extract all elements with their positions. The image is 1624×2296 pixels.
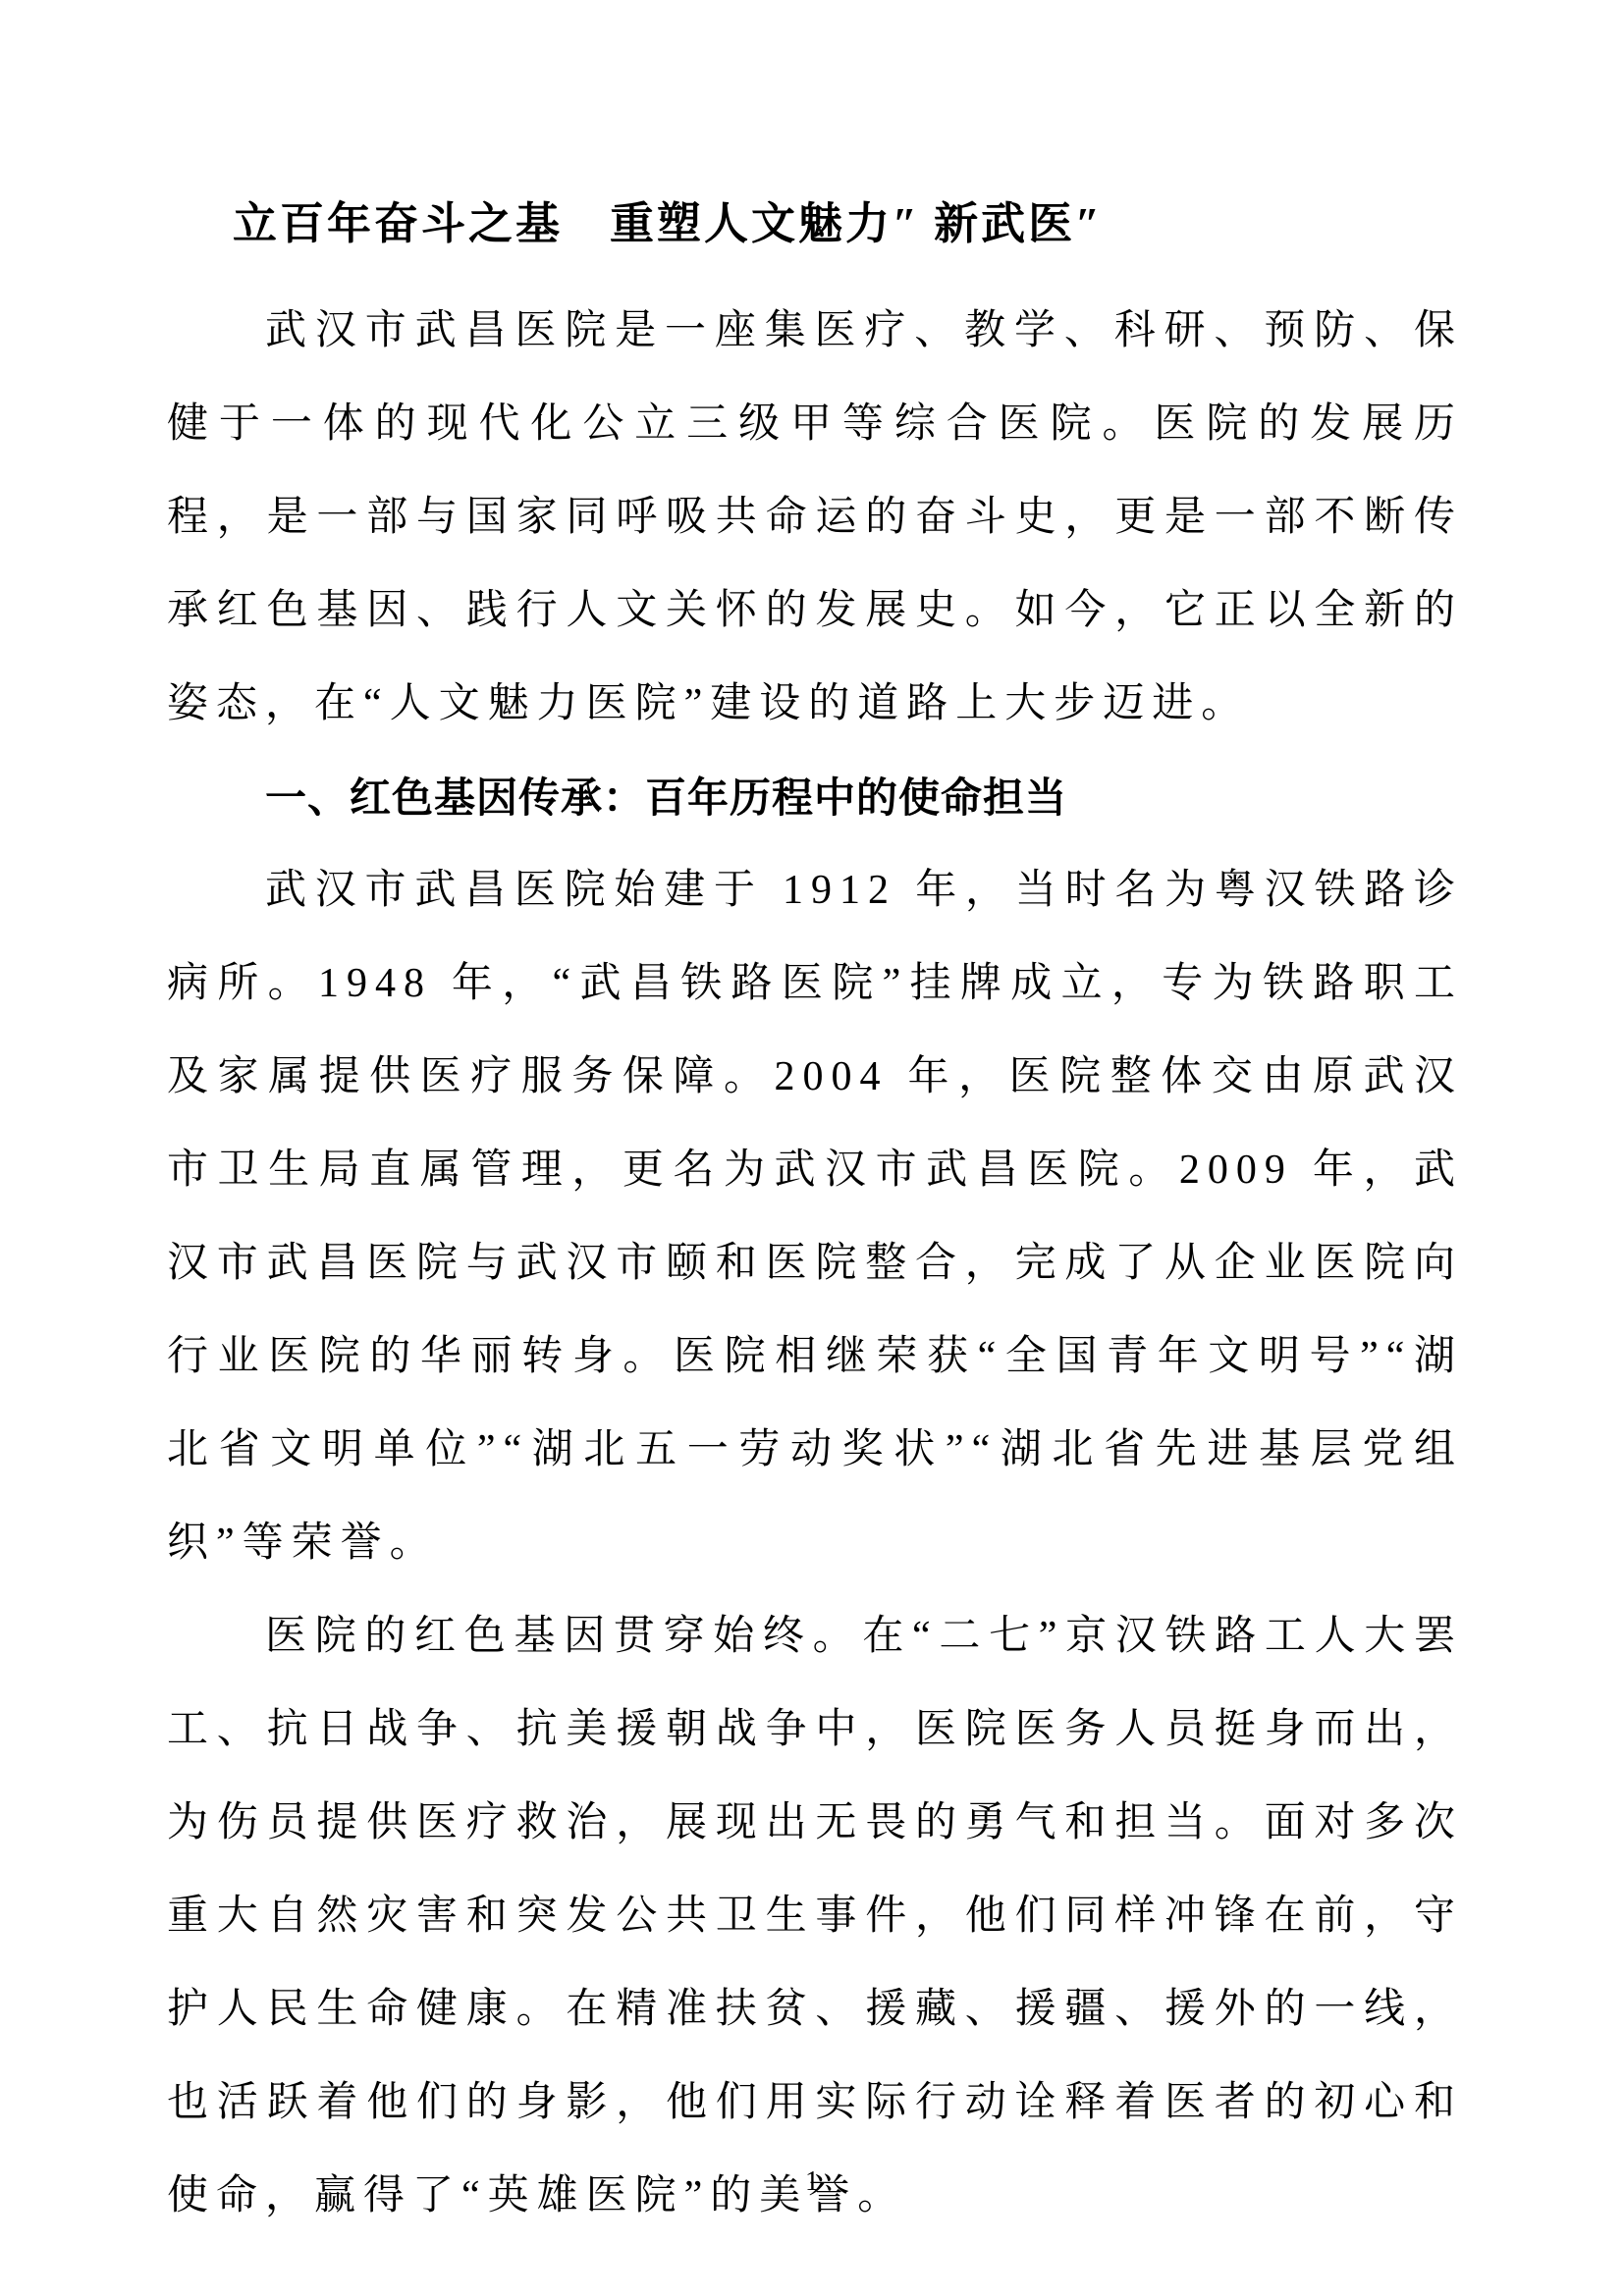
paragraph-red-gene-legacy: 医院的红色基因贯穿始终。在“二七”京汉铁路工人大罢工、抗日战争、抗美援朝战争中，… xyxy=(167,1590,1463,2243)
paragraph-history: 武汉市武昌医院始建于 1912 年，当时名为粤汉铁路诊病所。1948 年，“武昌… xyxy=(167,844,1463,1590)
document-title: 立百年奋斗之基 重塑人文魅力″ 新武医″ xyxy=(167,192,1168,255)
document-page: 立百年奋斗之基 重塑人文魅力″ 新武医″ 武汉市武昌医院是一座集医疗、教学、科研… xyxy=(0,0,1624,2296)
section-heading-red-gene: 一、红色基因传承：百年历程中的使命担当 xyxy=(167,751,1463,844)
paragraph-intro: 武汉市武昌医院是一座集医疗、教学、科研、预防、保健于一体的现代化公立三级甲等综合… xyxy=(167,285,1463,751)
page-number: 1 xyxy=(0,2166,1624,2198)
